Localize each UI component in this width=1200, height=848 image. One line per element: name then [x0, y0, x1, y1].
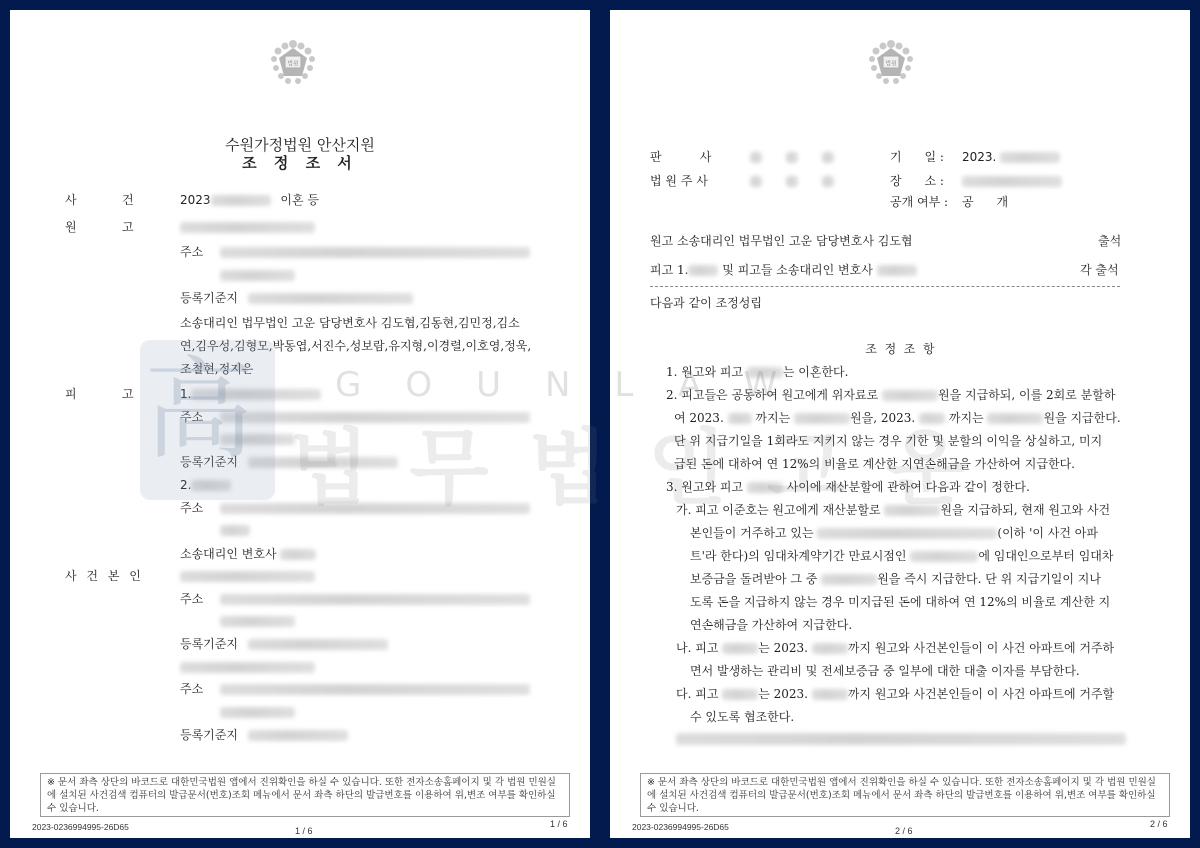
- term-3-na-line1: 나. 피고 는 2023. 까지 원고와 사건본인들이 이 사건 아파트에 거주…: [676, 641, 1114, 655]
- principal2-address-label: 주소: [180, 682, 203, 696]
- plaintiff-label-a: 원: [65, 220, 77, 234]
- court-emblem-icon: 법원: [865, 36, 917, 88]
- defendant1-name: 1.: [180, 387, 321, 401]
- term-2-line1: 2. 피고들은 공동하여 원고에게 위자료로 원을 지급하되, 이를 2회로 분…: [666, 388, 1115, 402]
- terms-title: 조 정 조 항: [610, 342, 1190, 356]
- term-3-da-line1: 다. 피고 는 2023. 까지 원고와 사건본인들이 이 사건 아파트에 거주…: [676, 687, 1114, 701]
- plaintiff-address-label: 주소: [180, 245, 203, 259]
- judge-label: 판 사: [650, 150, 711, 164]
- principal-label: 사 건 본 인: [65, 569, 144, 583]
- defendant2-name: 2.: [180, 478, 231, 492]
- plaintiff-registry-label: 등록기준지: [180, 291, 238, 305]
- issue-number: 2023-0236994995-26D65: [632, 822, 729, 832]
- date-value: 2023.: [962, 150, 1060, 164]
- public-value: 공 개: [962, 195, 1008, 209]
- defendant1-registry-label: 등록기준지: [180, 455, 238, 469]
- document-title: 조 정 조 서: [10, 156, 590, 170]
- svg-text:법원: 법원: [287, 60, 299, 68]
- defendant1-registry-redacted: [248, 455, 398, 469]
- verification-notice: ※ 문서 좌측 상단의 바코드로 대한민국법원 앱에서 진위확인을 하실 수 있…: [40, 773, 570, 817]
- principal1-registry-label: 등록기준지: [180, 637, 238, 651]
- defendant2-address-redacted: [220, 501, 530, 515]
- attendance-plaintiff-status: 출석: [1098, 234, 1121, 248]
- defendant-label-a: 피: [65, 387, 77, 401]
- term-2-line4: 급된 돈에 대하여 연 12%의 비율로 계산한 지연손해금을 가산하여 지급한…: [674, 457, 1075, 471]
- defendant2-address-redacted-2: [220, 523, 250, 537]
- page-number-right: 2 / 6: [1150, 819, 1168, 829]
- principal2-address-redacted: [220, 682, 530, 696]
- term-3-da-line2: 수 있도록 협조한다.: [690, 710, 794, 724]
- plaintiff-address-redacted-2: [220, 268, 295, 282]
- court-name: 수원가정법원 안산지원: [10, 138, 590, 152]
- judge-name-redacted: [750, 150, 834, 164]
- attendance-defendant: 피고 1. 및 피고들 소송대리인 변호사: [650, 263, 917, 277]
- date-label: 기 일 :: [890, 150, 944, 164]
- principal1-address-redacted: [220, 592, 530, 606]
- principal2-registry-label: 등록기준지: [180, 728, 238, 742]
- plaintiff-label-b: 고: [122, 220, 134, 234]
- term-2-line3: 단 위 지급기일을 1회라도 지키지 않는 경우 기한 및 분할의 이익을 상실…: [674, 434, 1102, 448]
- issue-number: 2023-0236994995-26D65: [32, 822, 129, 832]
- defendant1-address-redacted-2: [220, 432, 295, 446]
- term-1: 1. 원고와 피고 는 이혼한다.: [666, 365, 848, 379]
- svg-text:법원: 법원: [885, 60, 897, 68]
- page-number-right: 1 / 6: [550, 819, 568, 829]
- plaintiff-address-redacted: [220, 245, 530, 259]
- term-2-line2: 여 2023. 까지는 원을, 2023. 까지는 원을 지급한다.: [674, 411, 1121, 425]
- term-3-ga-line1: 가. 피고 이준호는 원고에게 재산분할로 원을 지급하되, 현재 원고와 사건: [676, 503, 1110, 517]
- plaintiff-counsel-line3: 조철현,정지은: [180, 362, 253, 376]
- principal1-registry-redacted: [248, 637, 388, 651]
- term-3: 3. 원고와 피고 사이에 재산분할에 관하여 다음과 같이 정한다.: [666, 480, 1030, 494]
- page-number-center: 1 / 6: [295, 826, 313, 836]
- document-page-1: 법원 수원가정법원 안산지원 조 정 조 서 사 건 2023 이혼 등 원 고…: [10, 10, 590, 838]
- plaintiff-name-redacted: [180, 220, 315, 234]
- term-3-ga-line4: 보증금을 돌려받아 그 중 원을 즉시 지급한다. 단 위 지급기일이 지나: [690, 572, 1101, 586]
- case-number: 2023 이혼 등: [180, 193, 319, 207]
- attendance-plaintiff: 원고 소송대리인 법무법인 고운 담당변호사 김도협: [650, 234, 913, 248]
- term-3-ga-line3: 트'라 한다)의 임대차계약기간 만료시점인 에 임대인으로부터 임대차: [690, 549, 1113, 563]
- term-3-ga-line2: 본인들이 거주하고 있는 (이하 '이 사건 아파: [690, 526, 1098, 540]
- public-label: 공개 여부 :: [890, 195, 948, 209]
- place-value-redacted: [962, 174, 1062, 188]
- defendant1-address-label: 주소: [180, 410, 203, 424]
- document-page-2: 법원 판 사 법 원 주 사 기 일 : 2023. 장 소 : 공개 여부 :…: [610, 10, 1190, 838]
- defendant-counsel: 소송대리인 변호사: [180, 547, 316, 561]
- principal2-name-redacted: [180, 660, 315, 674]
- attendance-defendant-status: 각 출석: [1080, 263, 1119, 277]
- court-emblem-icon: 법원: [267, 36, 319, 88]
- case-label-a: 사: [65, 193, 77, 207]
- divider: [650, 286, 1120, 287]
- principal1-address-label: 주소: [180, 592, 203, 606]
- principal2-registry-redacted: [248, 728, 348, 742]
- place-label: 장 소 :: [890, 174, 944, 188]
- verification-notice: ※ 문서 좌측 상단의 바코드로 대한민국법원 앱에서 진위확인을 하실 수 있…: [640, 773, 1170, 817]
- term-4-redacted: [676, 731, 1126, 745]
- case-label-b: 건: [122, 193, 134, 207]
- plaintiff-counsel-line1: 소송대리인 법무법인 고운 담당변호사 김도협,김동현,김민정,김소: [180, 316, 520, 330]
- clerk-name-redacted: [750, 174, 834, 188]
- principal1-name-redacted: [180, 569, 315, 583]
- principal1-address-redacted-2: [220, 614, 295, 628]
- clerk-label: 법 원 주 사: [650, 174, 708, 188]
- term-3-na-line2: 면서 발생하는 관리비 및 전세보증금 중 일부에 대한 대출 이자를 부담한다…: [690, 664, 1080, 678]
- defendant2-address-label: 주소: [180, 501, 203, 515]
- term-3-ga-line5: 도록 돈을 지급하지 않는 경우 미지급된 돈에 대하여 연 12%의 비율로 …: [690, 595, 1110, 609]
- plaintiff-counsel-line2: 연,김우성,김형모,박동엽,서진수,성보람,유지형,이경렬,이호영,정욱,: [180, 339, 531, 353]
- plaintiff-registry-redacted: [248, 291, 413, 305]
- principal2-address-redacted-2: [220, 705, 295, 719]
- defendant-label-b: 고: [122, 387, 134, 401]
- term-3-ga-line6: 연손해금을 가산하여 지급한다.: [690, 618, 852, 632]
- settlement-statement: 다음과 같이 조정성립: [650, 296, 762, 310]
- defendant1-address-redacted: [220, 410, 530, 424]
- page-number-center: 2 / 6: [895, 826, 913, 836]
